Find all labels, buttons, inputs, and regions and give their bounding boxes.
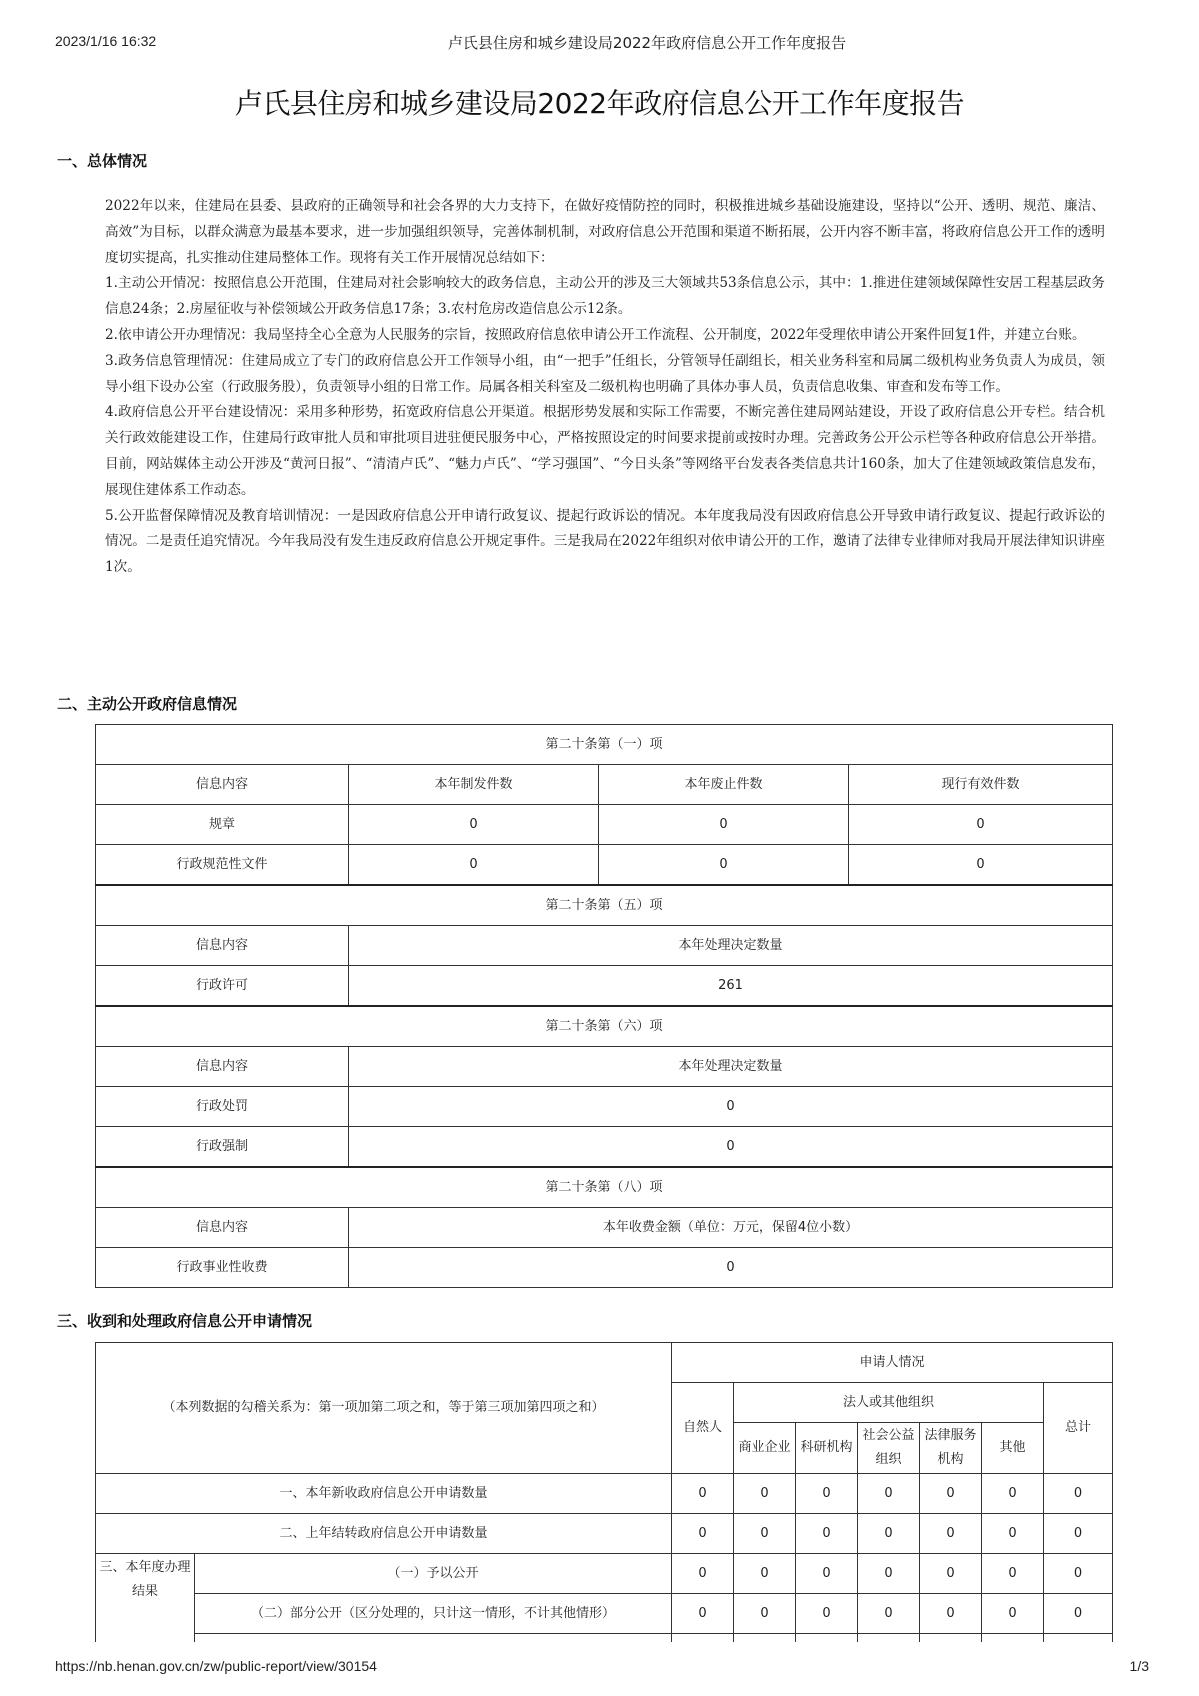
cell-value xyxy=(672,1634,734,1643)
column-header: 本年处理决定数量 xyxy=(349,926,1113,966)
table-row: 行政许可 261 xyxy=(96,966,1113,1007)
table-row: 行政处罚 0 xyxy=(96,1087,1113,1127)
row-label: 一、本年新收政府信息公开申请数量 xyxy=(96,1474,672,1514)
section-heading-applications: 三、收到和处理政府信息公开申请情况 xyxy=(57,1310,312,1331)
cell-value xyxy=(920,1634,982,1643)
cell-value: 0 xyxy=(672,1554,734,1594)
item8-header-row: 信息内容 本年收费金额（单位：万元，保留4位小数） xyxy=(96,1208,1113,1248)
org-header: 法人或其他组织 xyxy=(734,1383,1044,1423)
column-header: 信息内容 xyxy=(96,1047,349,1087)
cell-value: 0 xyxy=(1044,1594,1113,1634)
row-label: 行政许可 xyxy=(96,966,349,1007)
cell-value: 0 xyxy=(599,805,849,845)
overview-paragraph-2: 2.依申请公开办理情况：我局坚持全心全意为人民服务的宗旨，按照政府信息依申请公开… xyxy=(105,323,1105,349)
cell-value: 0 xyxy=(349,845,599,886)
checksum-note: （本列数据的勾稽关系为：第一项加第二项之和，等于第三项加第四项之和） xyxy=(96,1343,672,1474)
item1-header-row: 信息内容 本年制发件数 本年废止件数 现行有效件数 xyxy=(96,765,1113,805)
applications-table-viewport: （本列数据的勾稽关系为：第一项加第二项之和，等于第三项加第四项之和） 申请人情况… xyxy=(0,1340,1199,1642)
cell-value: 0 xyxy=(734,1514,796,1554)
cell-value xyxy=(796,1634,858,1643)
column-header: 信息内容 xyxy=(96,765,349,805)
item8-title-row: 第二十条第（八）项 xyxy=(96,1167,1113,1208)
row-label: 二、上年结转政府信息公开申请数量 xyxy=(96,1514,672,1554)
cell-value xyxy=(1044,1634,1113,1643)
cell-value: 0 xyxy=(1044,1474,1113,1514)
overview-paragraph-5: 5.公开监督保障情况及教育培训情况：一是因政府信息公开申请行政复议、提起行政诉讼… xyxy=(105,504,1105,581)
column-header: 社会公益组织 xyxy=(858,1423,920,1474)
overview-paragraph-3: 3.政务信息管理情况：住建局成立了专门的政府信息公开工作领导小组，由“一把手”任… xyxy=(105,349,1105,401)
section-heading-overview: 一、总体情况 xyxy=(57,150,147,171)
column-header: 法律服务机构 xyxy=(920,1423,982,1474)
cell-value: 0 xyxy=(1044,1514,1113,1554)
document-title: 卢氏县住房和城乡建设局2022年政府信息公开工作年度报告 xyxy=(0,82,1199,122)
cell-value xyxy=(982,1634,1044,1643)
table-row: 行政事业性收费 0 xyxy=(96,1248,1113,1288)
cell-value: 0 xyxy=(796,1514,858,1554)
cell-value: 0 xyxy=(599,845,849,886)
item5-title-row: 第二十条第（五）项 xyxy=(96,885,1113,926)
table-row: （二）部分公开（区分处理的，只计这一情形，不计其他情形） 0 0 0 0 0 0… xyxy=(96,1594,1113,1634)
cell-value: 0 xyxy=(982,1474,1044,1514)
cell-value: 0 xyxy=(734,1554,796,1594)
column-header: 本年废止件数 xyxy=(599,765,849,805)
cell-value: 0 xyxy=(349,1127,1113,1168)
cell-value: 0 xyxy=(858,1594,920,1634)
item6-title-row: 第二十条第（六）项 xyxy=(96,1006,1113,1047)
column-header: 本年收费金额（单位：万元，保留4位小数） xyxy=(349,1208,1113,1248)
cell-value: 0 xyxy=(672,1474,734,1514)
row-label xyxy=(195,1634,672,1643)
section-heading-proactive-disclosure: 二、主动公开政府信息情况 xyxy=(57,693,237,714)
cell-value: 0 xyxy=(982,1594,1044,1634)
table-row: 行政规范性文件 0 0 0 xyxy=(96,845,1113,886)
row-label: 规章 xyxy=(96,805,349,845)
cell-value: 0 xyxy=(920,1474,982,1514)
item8-title: 第二十条第（八）项 xyxy=(96,1167,1113,1208)
row-label: 行政处罚 xyxy=(96,1087,349,1127)
column-header: 其他 xyxy=(982,1423,1044,1474)
cell-value: 0 xyxy=(920,1554,982,1594)
cell-value: 0 xyxy=(982,1514,1044,1554)
table-row: 三、本年度办理结果 （一）予以公开 0 0 0 0 0 0 0 xyxy=(96,1554,1113,1594)
cell-value: 0 xyxy=(982,1554,1044,1594)
cell-value: 0 xyxy=(858,1554,920,1594)
cell-value: 0 xyxy=(796,1554,858,1594)
overview-paragraph-intro: 2022年以来，住建局在县委、县政府的正确领导和社会各界的大力支持下，在做好疫情… xyxy=(105,194,1105,271)
cell-value: 0 xyxy=(672,1514,734,1554)
applicant-header: 申请人情况 xyxy=(672,1343,1113,1383)
column-header: 本年处理决定数量 xyxy=(349,1047,1113,1087)
table-row: 二、上年结转政府信息公开申请数量 0 0 0 0 0 0 0 xyxy=(96,1514,1113,1554)
table-row: 规章 0 0 0 xyxy=(96,805,1113,845)
cell-value: 0 xyxy=(672,1594,734,1634)
overview-paragraph-1: 1.主动公开情况：按照信息公开范围，住建局对社会影响较大的政务信息，主动公开的涉… xyxy=(105,271,1105,323)
item6-header-row: 信息内容 本年处理决定数量 xyxy=(96,1047,1113,1087)
applicant-header-row: （本列数据的勾稽关系为：第一项加第二项之和，等于第三项加第四项之和） 申请人情况 xyxy=(96,1343,1113,1383)
cell-value: 261 xyxy=(349,966,1113,1007)
cell-value: 0 xyxy=(1044,1554,1113,1594)
column-header: 现行有效件数 xyxy=(849,765,1113,805)
column-header: 科研机构 xyxy=(796,1423,858,1474)
print-footer-url: https://nb.henan.gov.cn/zw/public-report… xyxy=(55,1658,377,1674)
applications-table: （本列数据的勾稽关系为：第一项加第二项之和，等于第三项加第四项之和） 申请人情况… xyxy=(95,1342,1113,1642)
item5-header-row: 信息内容 本年处理决定数量 xyxy=(96,926,1113,966)
column-header: 信息内容 xyxy=(96,1208,349,1248)
cell-value: 0 xyxy=(349,805,599,845)
cell-value xyxy=(734,1634,796,1643)
cell-value: 0 xyxy=(349,1248,1113,1288)
table-row: 行政强制 0 xyxy=(96,1127,1113,1168)
row-label: 行政强制 xyxy=(96,1127,349,1168)
cell-value xyxy=(858,1634,920,1643)
item5-title: 第二十条第（五）项 xyxy=(96,885,1113,926)
column-header: 本年制发件数 xyxy=(349,765,599,805)
cell-value: 0 xyxy=(849,805,1113,845)
cell-value: 0 xyxy=(734,1594,796,1634)
row-label: （二）部分公开（区分处理的，只计这一情形，不计其他情形） xyxy=(195,1594,672,1634)
column-header: 商业企业 xyxy=(734,1423,796,1474)
cell-value: 0 xyxy=(920,1514,982,1554)
cell-value: 0 xyxy=(796,1594,858,1634)
row-label: 行政规范性文件 xyxy=(96,845,349,886)
total-header: 总计 xyxy=(1044,1383,1113,1474)
column-header: 信息内容 xyxy=(96,926,349,966)
overview-body: 2022年以来，住建局在县委、县政府的正确领导和社会各界的大力支持下，在做好疫情… xyxy=(105,194,1105,581)
proactive-disclosure-table: 第二十条第（一）项 信息内容 本年制发件数 本年废止件数 现行有效件数 规章 0… xyxy=(95,724,1113,1288)
print-footer-page-number: 1/3 xyxy=(1130,1658,1149,1674)
cell-value: 0 xyxy=(796,1474,858,1514)
result-group-label: 三、本年度办理结果 xyxy=(96,1554,195,1643)
table-row: 一、本年新收政府信息公开申请数量 0 0 0 0 0 0 0 xyxy=(96,1474,1113,1514)
row-label: （一）予以公开 xyxy=(195,1554,672,1594)
cell-value: 0 xyxy=(849,845,1113,886)
overview-paragraph-4: 4.政府信息公开平台建设情况：采用多种形势，拓宽政府信息公开渠道。根据形势发展和… xyxy=(105,400,1105,503)
cell-value: 0 xyxy=(349,1087,1113,1127)
print-header-title: 卢氏县住房和城乡建设局2022年政府信息公开工作年度报告 xyxy=(0,32,1199,53)
cell-value: 0 xyxy=(734,1474,796,1514)
item1-title: 第二十条第（一）项 xyxy=(96,725,1113,765)
item1-title-row: 第二十条第（一）项 xyxy=(96,725,1113,765)
cell-value: 0 xyxy=(858,1474,920,1514)
row-label: 行政事业性收费 xyxy=(96,1248,349,1288)
cell-value: 0 xyxy=(920,1594,982,1634)
natural-person-header: 自然人 xyxy=(672,1383,734,1474)
item6-title: 第二十条第（六）项 xyxy=(96,1006,1113,1047)
table-row-truncated xyxy=(96,1634,1113,1643)
cell-value: 0 xyxy=(858,1514,920,1554)
